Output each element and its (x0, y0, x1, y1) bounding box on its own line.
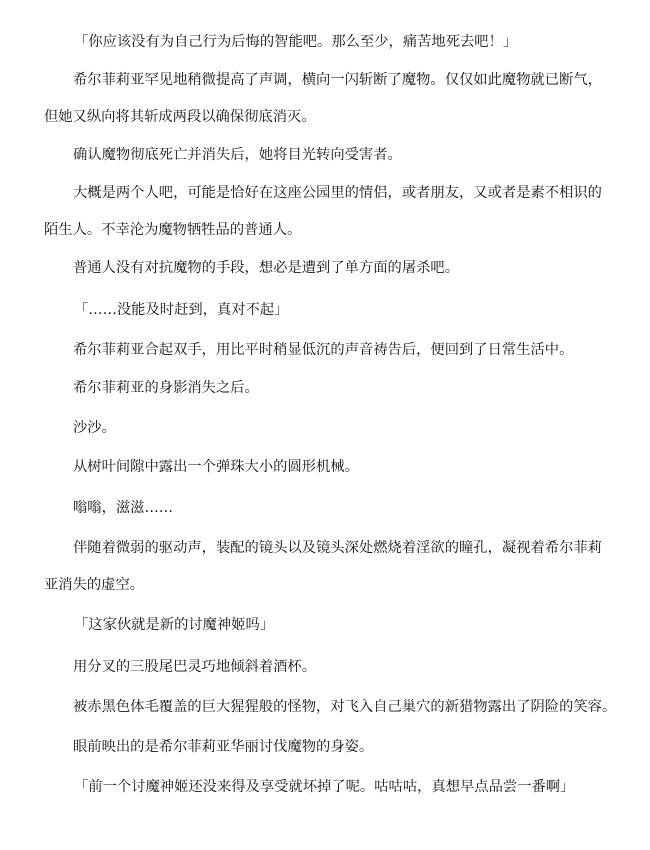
paragraph-line: 被赤黑色体毛覆盖的巨大猩猩般的怪物，对飞入自己巢穴的新猎物露出了阴险的笑容。 (73, 697, 616, 717)
paragraph-line: 普通人没有对抗魔物的手段，想必是遭到了单方面的屠杀吧。 (73, 258, 459, 278)
paragraph-line: 伴随着微弱的驱动声，装配的镜头以及镜头深处燃烧着淫欲的瞳孔，凝视着希尔菲莉 (73, 538, 602, 558)
document-page: 「你应该没有为自己行为后悔的智能吧。那么至少，痛苦地死去吧！」 希尔菲莉亚罕见地… (0, 0, 650, 850)
paragraph-line: 从树叶间隙中露出一个弹珠大小的圆形机械。 (73, 457, 359, 477)
paragraph-line: 希尔菲莉亚合起双手，用比平时稍显低沉的声音祷告后，便回到了日常生活中。 (73, 340, 573, 360)
paragraph-continuation-line: 亚消失的虚空。 (44, 575, 144, 595)
paragraph-line: 希尔菲莉亚的身影消失之后。 (73, 378, 259, 398)
paragraph-line: 确认魔物彻底死亡并消失后，她将目光转向受害者。 (73, 145, 402, 165)
paragraph-quote-line: 「……没能及时赶到，真对不起」 (74, 300, 288, 320)
paragraph-quote-line: 「这家伙就是新的讨魔神姬吗」 (74, 615, 274, 635)
paragraph-line: 眼前映出的是希尔菲莉亚华丽讨伐魔物的身姿。 (73, 737, 373, 757)
paragraph-quote-line: 「你应该没有为自己行为后悔的智能吧。那么至少，痛苦地死去吧！」 (74, 32, 517, 52)
paragraph-line: 沙沙。 (73, 418, 116, 438)
paragraph-line: 大概是两个人吧，可能是恰好在这座公园里的情侣，或者朋友，又或者是素不相识的 (73, 183, 602, 203)
paragraph-line: 用分叉的三股尾巴灵巧地倾斜着酒杯。 (73, 657, 316, 677)
paragraph-line: 希尔菲莉亚罕见地稍微提高了声调，横向一闪斩断了魔物。仅仅如此魔物就已断气， (73, 70, 602, 90)
paragraph-continuation-line: 但她又纵向将其斩成两段以确保彻底消灭。 (44, 107, 316, 127)
paragraph-continuation-line: 陌生人。不幸沦为魔物牺牲品的普通人。 (44, 220, 301, 240)
paragraph-quote-line: 「前一个讨魔神姬还没来得及享受就坏掉了呢。咕咕咕，真想早点品尝一番啊」 (74, 777, 574, 797)
paragraph-line: 嗡嗡，滋滋…… (73, 498, 173, 518)
